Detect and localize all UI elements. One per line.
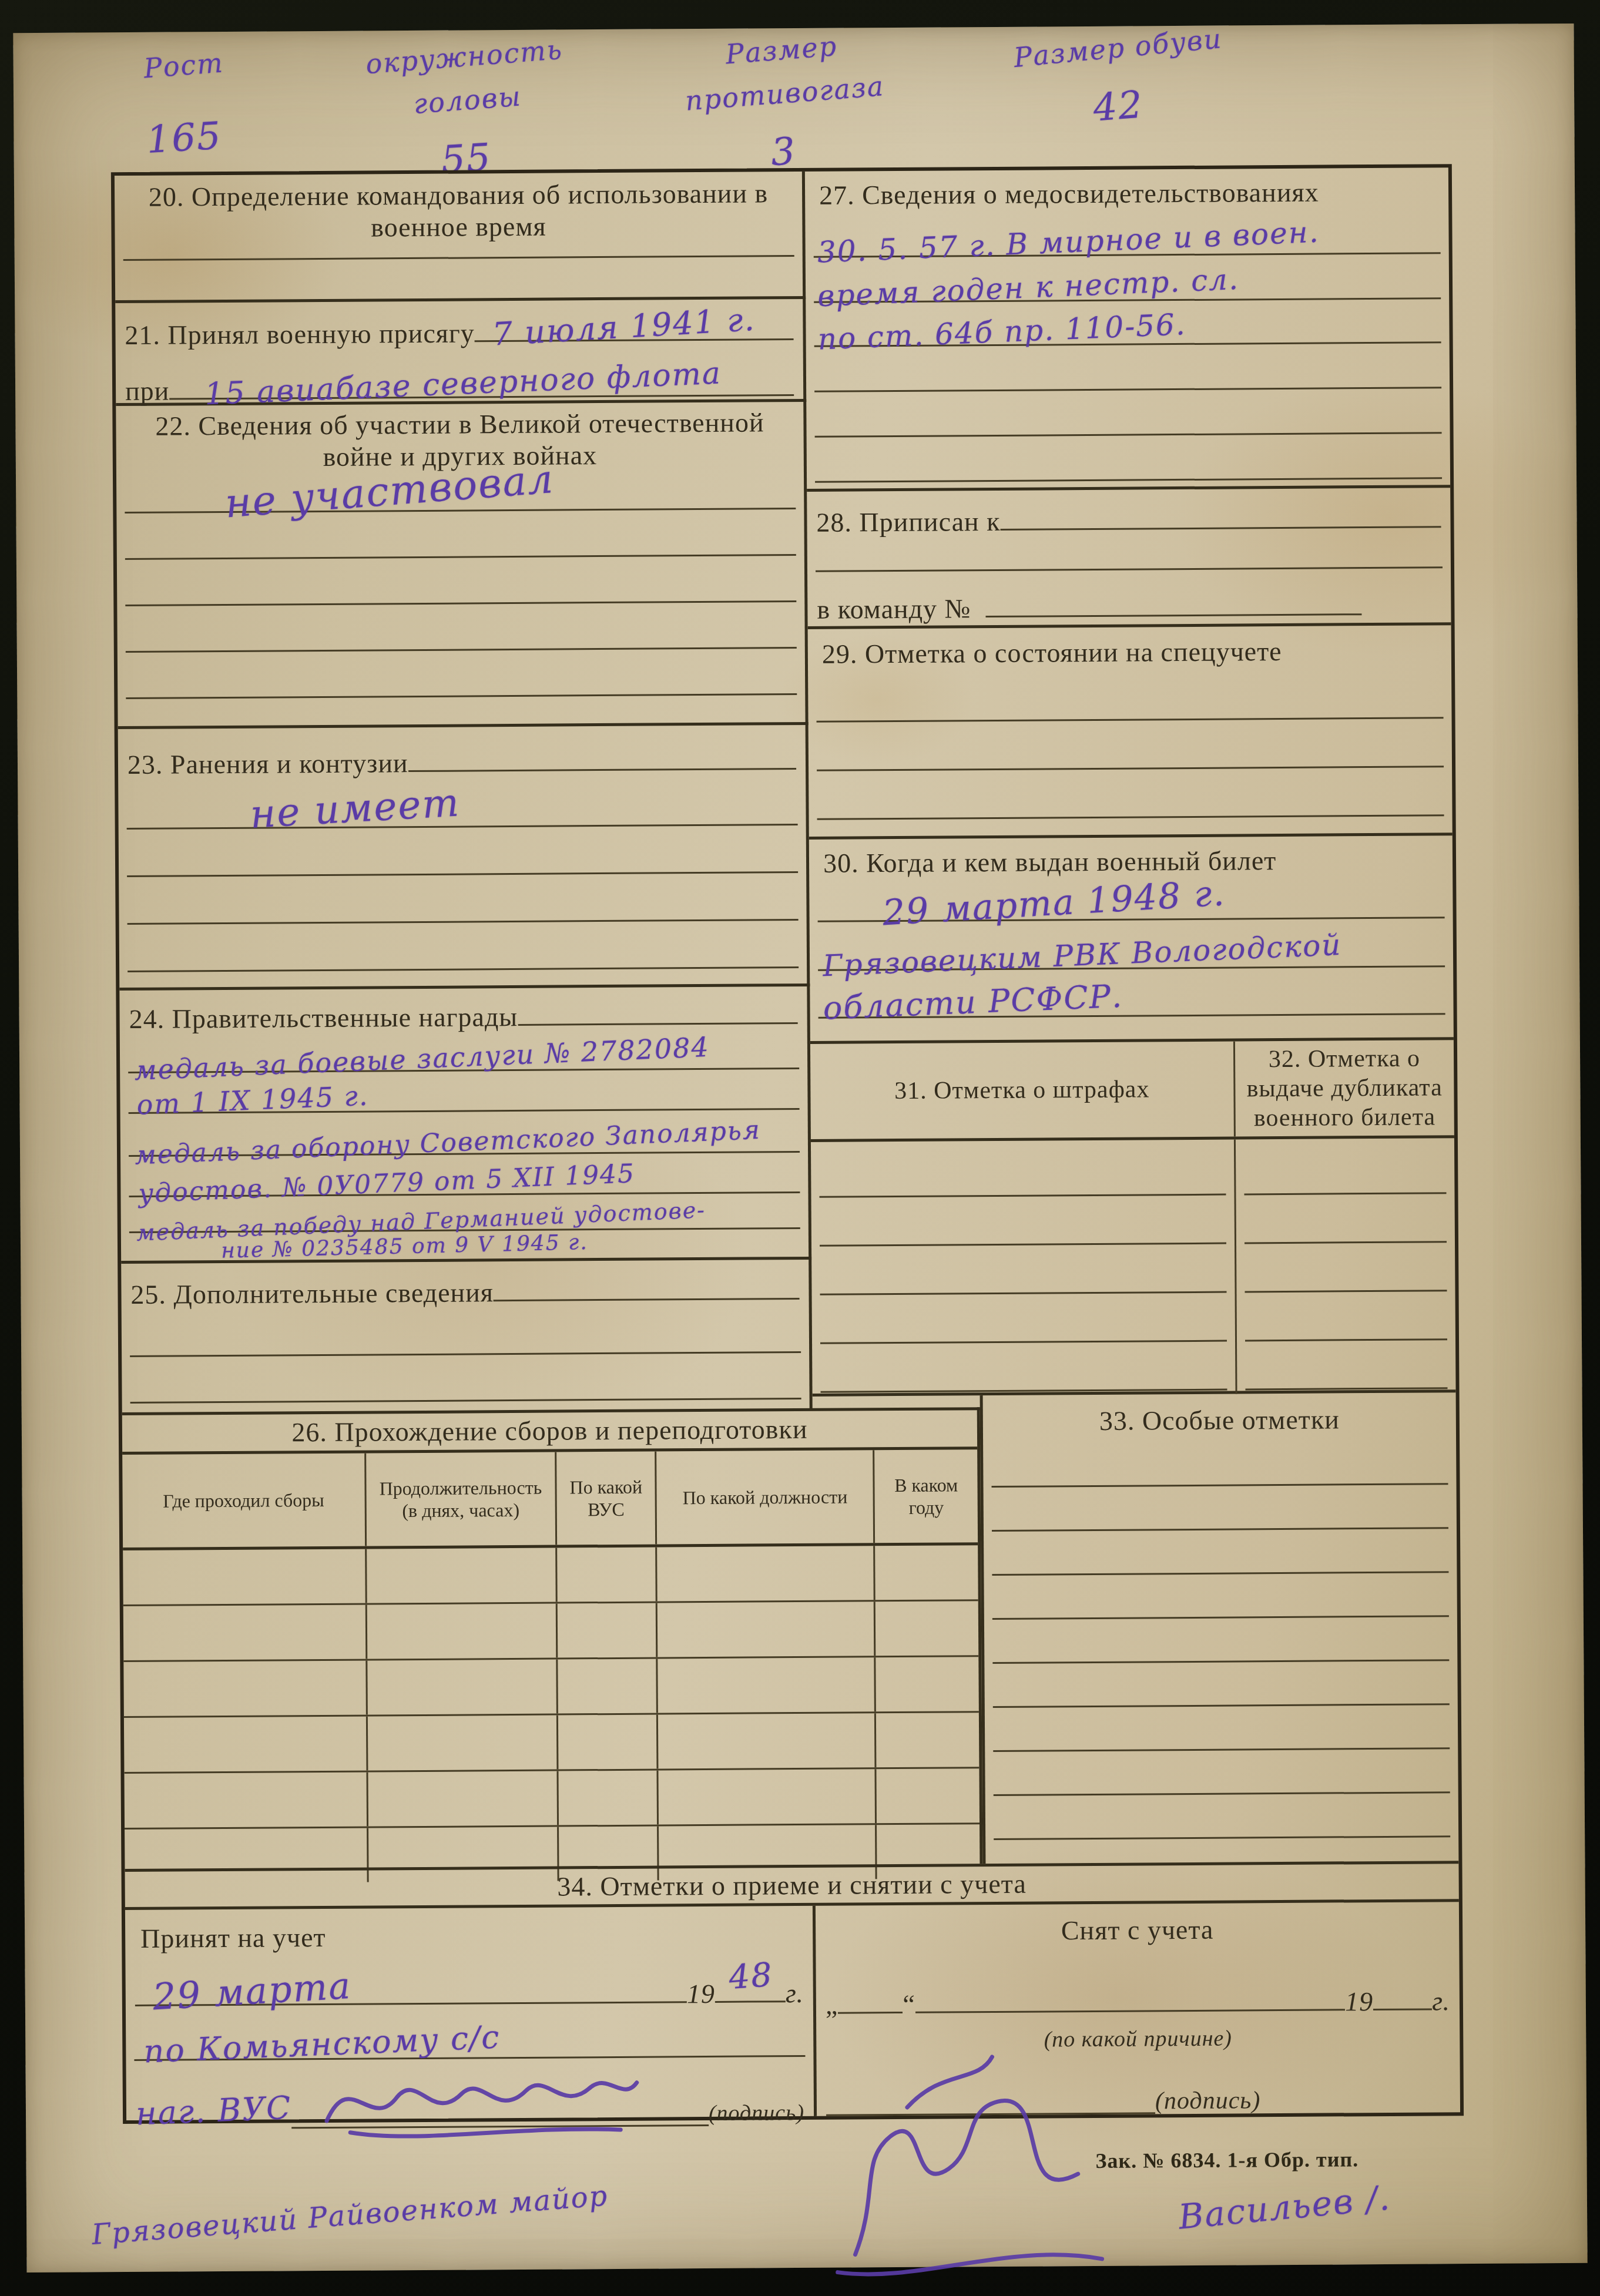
awards-line	[518, 992, 798, 1026]
section-25-additional-info: 25. Дополнительные сведения	[121, 1260, 813, 1412]
table-cell	[659, 1769, 877, 1824]
table-row	[124, 1713, 980, 1774]
section-number: 30.	[823, 848, 859, 878]
section-20-wartime-use: 20. Определение командования об использо…	[115, 172, 806, 303]
year-prefix: 19	[1345, 1986, 1373, 2018]
additional-info-line	[494, 1268, 800, 1301]
ruled-line	[130, 1353, 801, 1404]
ruled-line	[994, 1793, 1450, 1840]
annotation-value: 42	[1011, 77, 1226, 136]
registered-date-line: 29 марта	[135, 1971, 687, 2006]
ruled-line	[1245, 1291, 1447, 1341]
year-prefix: 19	[687, 1978, 715, 2010]
section-title: Ранения и контузии	[170, 747, 408, 780]
table-row	[123, 1601, 979, 1662]
section-number: 32.	[1269, 1046, 1302, 1073]
section-number: 33.	[1099, 1406, 1135, 1436]
column-header: Продолжи­тельность (в днях, часах)	[366, 1452, 557, 1546]
column-header: По какой должности	[657, 1450, 876, 1544]
year-suffix: г.	[786, 1978, 804, 2009]
award-line: медаль за оборону Советского Заполярья	[129, 1110, 800, 1157]
annotation-head-circumference: окружность головы 55	[360, 34, 572, 181]
annotation-label: Размер противогаза	[663, 19, 904, 124]
ruled-line	[1244, 1194, 1447, 1244]
answer-line: не участвовал	[125, 470, 796, 513]
anthropometric-annotations: Рост 165 окружность головы 55 Размер про…	[13, 24, 1574, 33]
section-number: 26.	[291, 1416, 327, 1448]
annotation-label: Размер обуви	[1011, 16, 1225, 79]
annotation-value: 165	[101, 112, 268, 165]
ruled-line	[991, 1441, 1448, 1488]
duplicate-header: 32. Отметка о выдаче дубликата военного …	[1235, 1040, 1454, 1136]
section-title: Приписан к	[859, 505, 1000, 538]
section-title: Сведения о медосвидетельствованиях	[862, 177, 1319, 210]
table-row	[123, 1657, 979, 1718]
award-line: медаль за боевые заслуги № 2782084	[128, 1031, 799, 1073]
ruled-line	[992, 1573, 1448, 1620]
ruled-line	[125, 556, 796, 606]
section-29-special-register: 29. Отметка о состоянии на спецучете	[808, 625, 1453, 840]
column-header: Где проходил сборы	[122, 1454, 367, 1548]
table-cell	[124, 1773, 368, 1828]
section-title: Правительственные награды	[172, 1001, 518, 1035]
table-cell	[876, 1657, 979, 1711]
section-number: 21.	[125, 319, 160, 351]
section-number: 27.	[819, 180, 855, 210]
table-cell	[123, 1605, 367, 1661]
table-cell	[123, 1661, 367, 1717]
ruled-line	[992, 1661, 1449, 1708]
table-cell	[876, 1601, 978, 1656]
commissar-title-handwritten: Грязовецкий Райвоенком майор	[90, 2179, 609, 2251]
commissar-name-handwritten: Васильев /.	[1177, 2177, 1393, 2237]
signature	[315, 2054, 645, 2144]
ruled-line	[1245, 1243, 1447, 1293]
section-number: 29.	[822, 639, 858, 669]
duplicate-lines	[1236, 1138, 1456, 1394]
ruled-line	[820, 1293, 1227, 1344]
ruled-line	[817, 719, 1444, 771]
annotation-label: окружность головы	[357, 27, 575, 130]
registered-cell: Принят на учет 29 марта 19 48 г. по Комь…	[125, 1906, 817, 2120]
registered-title: Принят на учет	[125, 1906, 813, 1955]
scanned-military-card-page: Рост 165 окружность головы 55 Размер про…	[13, 24, 1587, 2272]
ruled-line	[128, 921, 799, 972]
annotation-label: Рост	[100, 43, 267, 88]
medical-line: время годен к нестр. сл.	[814, 254, 1441, 303]
print-shop-imprint: Зак. № 6834. 1-я Обр. тип.	[1095, 2147, 1359, 2173]
section-30-card-issued: 30. Когда и кем выдан военный билет 29 м…	[809, 835, 1454, 1044]
table-cell	[876, 1545, 978, 1600]
open-quote: „	[826, 1989, 838, 2020]
section-title: Прохождение сборов и переподготовки	[334, 1414, 807, 1448]
table-cell	[123, 1549, 367, 1605]
year-line: 48	[715, 1971, 786, 2002]
vus-label: наг. ВУС	[135, 2089, 293, 2132]
section-number: 20.	[149, 182, 185, 212]
ruled-line	[819, 1147, 1226, 1198]
section-number: 24.	[129, 1003, 165, 1035]
table-cell	[876, 1713, 979, 1767]
column-header: В каком году	[875, 1449, 978, 1543]
year-line	[1373, 1978, 1432, 2010]
table-cell	[658, 1546, 876, 1601]
section-22-war-participation: 22. Сведения об участии в Великой отечес…	[116, 402, 808, 729]
medical-line: по ст. 64б пр. 110-56.	[814, 299, 1441, 347]
signature-line	[292, 2119, 709, 2129]
ruled-line	[127, 825, 798, 877]
oath-date-value: 7 июля 1941 г.	[491, 303, 756, 350]
ruled-line	[817, 767, 1444, 820]
penalties-lines	[811, 1139, 1237, 1396]
registered-date-value: 29 марта	[152, 1969, 352, 2013]
table-cell	[367, 1604, 558, 1659]
section-23-wounds: 23. Ранения и контузии не имеет	[118, 725, 810, 991]
section-number: 22.	[155, 411, 191, 441]
close-quote: “	[903, 1988, 915, 2020]
assigned-to-line	[1000, 496, 1441, 530]
day-line	[838, 1982, 903, 2013]
section-33-special-marks: 33. Особые отметки	[980, 1392, 1459, 1864]
ruled-line	[820, 1196, 1226, 1247]
issued-line: Грязовецким РВК Вологодской	[818, 918, 1445, 971]
issued-line: области РСФСР.	[818, 967, 1445, 1019]
issued-line: 29 марта 1948 г.	[817, 875, 1444, 922]
section-title: Отметка о штрафах	[934, 1076, 1150, 1104]
table-row	[123, 1545, 978, 1606]
issued-entry: области РСФСР.	[822, 978, 1123, 1027]
oath-unit-line: 15 авиабазе северного флота	[169, 365, 794, 400]
section-24-awards: 24. Правительственные награды медаль за …	[119, 986, 811, 1264]
section-number: 34.	[557, 1871, 593, 1901]
ruled-line	[992, 1485, 1448, 1532]
ruled-line	[125, 602, 796, 653]
section-31-32-penalties-duplicate: 31. Отметка о штрафах 32. Отметка о выда…	[810, 1040, 1456, 1397]
oath-date-line: 7 июля 1941 г.	[475, 308, 794, 342]
annotation-shoe-size: Размер обуви 42	[1012, 26, 1224, 129]
table-cell	[658, 1713, 877, 1768]
year-suffix: г.	[1432, 1985, 1450, 2017]
award-line: от 1 IX 1945 г.	[128, 1069, 799, 1114]
annotation-height: Рост 165	[102, 49, 267, 161]
ruled-line	[992, 1617, 1449, 1664]
ruled-line	[1244, 1145, 1447, 1195]
table-cell	[559, 1770, 659, 1825]
section-number: 31.	[894, 1077, 927, 1105]
ruled-line	[820, 1342, 1227, 1393]
form-grid: 20. Определение командования об использо…	[111, 164, 1464, 2124]
table-cell	[557, 1548, 658, 1602]
section-26-training-table: 26. Прохождение сборов и переподготовки …	[122, 1407, 983, 1869]
table-cell	[124, 1717, 368, 1773]
signature-caption: (подпись)	[1155, 2087, 1261, 2114]
table-cell	[368, 1716, 559, 1771]
ruled-line	[992, 1529, 1448, 1576]
section-title: Дополнительные сведения	[173, 1277, 494, 1310]
table-cell	[877, 1768, 980, 1823]
table-cell	[367, 1548, 558, 1603]
section-number: 23.	[128, 748, 163, 780]
penalties-header: 31. Отметка о штрафах	[810, 1041, 1236, 1139]
table-cell	[658, 1657, 877, 1713]
section-28-assigned-to: 28. Приписан к в команду №	[807, 488, 1451, 629]
ruled-line	[993, 1705, 1450, 1752]
ruled-line	[130, 1307, 801, 1357]
oath-at-label: при	[125, 375, 170, 407]
section-title: Особые отметки	[1142, 1404, 1340, 1435]
section-title: Принял военную присягу	[167, 317, 475, 351]
year-value: 48	[728, 1959, 774, 1994]
ruled-line	[123, 255, 794, 261]
award-line: медаль за победу над Германией удостове-	[129, 1193, 800, 1233]
ruled-line	[1245, 1340, 1448, 1390]
annotation-gasmask-size: Размер противогаза 3	[665, 28, 901, 174]
medical-line: 30. 5. 57 г. В мирное и в воен.	[813, 207, 1440, 258]
registered-place-line: по Комьянскому с/с	[134, 2009, 805, 2061]
team-number-line	[985, 584, 1361, 618]
section-title: Отметки о приеме и снятии с учета	[600, 1869, 1027, 1901]
ruled-line	[816, 670, 1443, 723]
training-table-body	[123, 1545, 980, 1884]
table-row	[124, 1768, 980, 1830]
table-cell	[658, 1602, 876, 1657]
table-cell	[368, 1771, 559, 1827]
table-cell	[558, 1659, 658, 1713]
training-table-header: Где проходил сборы Продолжи­тельность (в…	[122, 1449, 978, 1550]
ruled-line	[126, 649, 797, 699]
section-21-oath: 21. Принял военную присягу 7 июля 1941 г…	[115, 299, 806, 406]
section-title: Отметка о состоянии на спецучете	[865, 636, 1282, 669]
ruled-line	[127, 873, 798, 925]
table-cell	[558, 1603, 658, 1657]
column-header: По какой ВУС	[556, 1452, 657, 1545]
ruled-line	[815, 434, 1442, 483]
section-number: 28.	[816, 506, 852, 538]
deregistered-title: Снят с учета	[816, 1902, 1459, 1948]
ruled-line	[814, 388, 1441, 438]
month-line	[915, 1979, 1346, 2013]
section-number: 25.	[130, 1278, 166, 1310]
team-label: в команду №	[817, 593, 971, 626]
ruled-line	[816, 566, 1443, 572]
commissar-signature	[783, 2042, 1113, 2278]
table-cell	[367, 1660, 558, 1715]
section-title: Определение командования об использовани…	[192, 178, 768, 242]
award-line: удостов. № 0У0779 от 5 XII 1945	[129, 1153, 800, 1197]
table-cell	[558, 1714, 659, 1769]
answer-line: не имеет	[126, 777, 797, 830]
section-27-medical-examinations: 27. Сведения о медосвидетельствованиях 3…	[805, 167, 1450, 492]
wounds-line	[408, 738, 796, 772]
ruled-line	[993, 1749, 1450, 1796]
ruled-line	[820, 1244, 1226, 1295]
